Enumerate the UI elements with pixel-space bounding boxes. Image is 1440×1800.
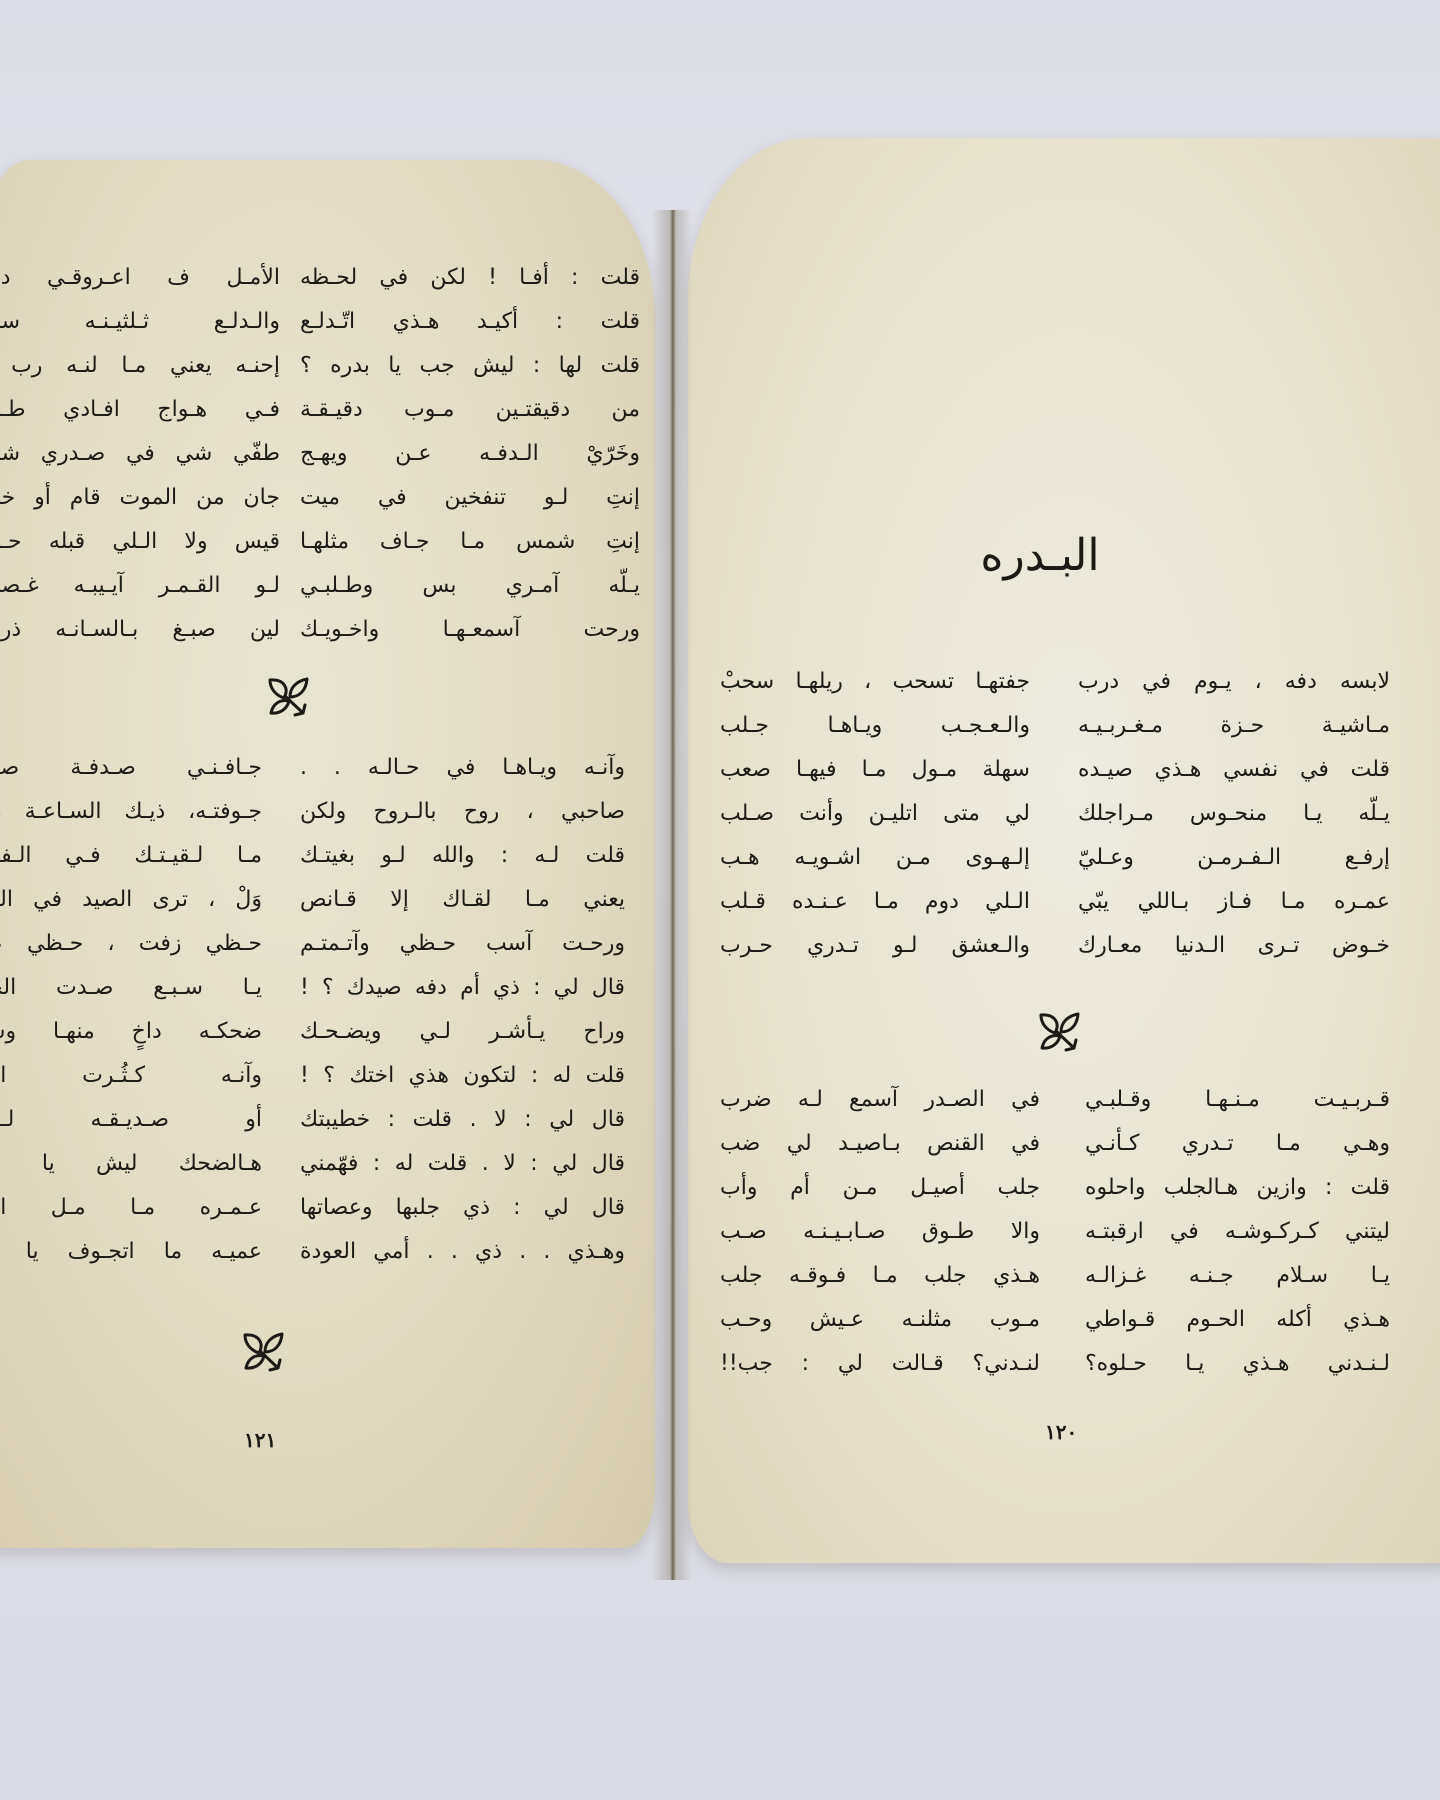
verse-line: قلت في نفسي هـذي صيـده [1078,748,1390,792]
verse-line: والـعـجـب ويـاهـا جـلب [720,704,1030,748]
left-page-stanza1-right-col: قلت : أفـا ! لكن في لحـظه قلت : أكيـد هـ… [300,256,640,652]
verse-line: يعني مـا لقـاك إلا قـانص [300,878,625,922]
verse-line: لنـدني؟ قـالت لي : جب!! [720,1342,1040,1386]
verse-line: قلت : أكيـد هـذي اتّـدلـع [300,300,640,344]
verse-line: قلت : أفـا ! لكن في لحـظه [300,256,640,300]
verse-line: إلـهـوى مـن اشـويـه هـب [720,836,1030,880]
poem-title: البـدره [940,530,1140,581]
verse-line: عميـه ما اتجـوف يا خبـ [0,1230,262,1274]
verse-line: إرفـع الـفـرمـن وعـليّ [1078,836,1390,880]
right-page-stanza1-left-col: جفتهـا تسحب ، ريلهـا سحبْ والـعـجـب ويـا… [720,660,1030,968]
verse-line: قلت لـه : والله لـو بغيتـك [300,834,625,878]
verse-line: يـلّه يـا منحـوس مـراجلك [1078,792,1390,836]
verse-line: جفتهـا تسحب ، ريلهـا سحبْ [720,660,1030,704]
verse-line: قلت لها : ليش جب يا بدره ؟ [300,344,640,388]
verse-line: وآنـه ويـاهـا في حـالـه . . [300,746,625,790]
verse-line: جان من الموت قام أو خب [0,476,280,520]
verse-line: من دقيقتـين مـوب دقيـقـة [300,388,640,432]
verse-line: قلت له : لتكون هذي اختك ؟ ! [300,1054,625,1098]
verse-line: وراح يـأشـر لـي ويضـحـك [300,1010,625,1054]
verse-line: مـاشيـة حـزة مـغـربـيـه [1078,704,1390,748]
left-page-stanza1-left-col: الأمـل ف اعـروقـي دب والـدلـع ثـلثيـنـه … [0,256,280,652]
verse-line: في الصـدر آسمع لـه ضرب [720,1078,1040,1122]
verse-line: الأمـل ف اعـروقـي دب [0,256,280,300]
verse-line: وهـي مـا تـدري كـأنـي [1085,1122,1390,1166]
verse-line: يـا سـلام جـنـه غـزالـه [1085,1254,1390,1298]
verse-line: لين صبـغ بـالسـانـه ذرب [0,608,280,652]
verse-line: قال لي : ذي جلبها وعصاتها [300,1186,625,1230]
verse-line: إحنـه يعني مـا لنـه رب : [0,344,280,388]
verse-line: ورحـت آسب حـظي وآتـمتـم [300,922,625,966]
verse-line: وَلْ ، ترى الصيد في الطر [0,878,262,922]
verse-line: عـمـره مـا مـل الـعـ [0,1186,262,1230]
verse-line: قلت : وازين هـالجلب واحلوه [1085,1166,1390,1210]
verse-line: إنتِ شمس مـا جـاف مثلهـا [300,520,640,564]
verse-line: هـالضحك ليش يا بطـ [0,1142,262,1186]
verse-line: مـا لـقيـتـك فـي الـفـريـ [0,834,262,878]
verse-line: فـي هـواج افـادي طـب [0,388,280,432]
verse-line: قيس ولا الـلي قبله حـب [0,520,280,564]
verse-line: مـوب مثلنـه عـيش وحـب [720,1298,1040,1342]
left-page-stanza2-right-col: وآنـه ويـاهـا في حـالـه . . صاحبي ، روح … [300,746,625,1274]
right-page-stanza2-left-col: في الصـدر آسمع لـه ضرب في القنص بـاصيـد … [720,1078,1040,1386]
verse-line: والا طـوق صـابـيـنـه صـب [720,1210,1040,1254]
leaf-fleuron-icon [265,675,313,719]
leaf-fleuron-icon [240,1330,288,1374]
verse-line: جـوفتـه، ذيـك السـاعـة ضيـ [0,790,262,834]
verse-line: هـذي جلب مـا فـوقـه جلب [720,1254,1040,1298]
verse-line: والـعشق لـو تـدري حـرب [720,924,1030,968]
verse-line: جلب أصيـل مـن أم وأب [720,1166,1040,1210]
left-page-stanza2-left-col: جـافـنـي صـدفـة صـديـ جـوفتـه، ذيـك السـ… [0,746,262,1274]
verse-line: يـلّه آمـري بس وطـلبـي [300,564,640,608]
verse-line: لـنـدني هـذي يـا حـلوه؟ [1085,1342,1390,1386]
verse-line: ورحت آسمعـهـا واخـويـك [300,608,640,652]
verse-line: حـظي زفت ، حـظي عتيـ [0,922,262,966]
verse-line: صاحبي ، روح بالـروح ولكن [300,790,625,834]
verse-line: لـو القـمـر آيـيبـه غـصب [0,564,280,608]
page-number-right: ١٢٠ [1045,1420,1077,1444]
verse-line: خـوض تـرى الـدنيا معـارك [1078,924,1390,968]
verse-line: قال لي : لا . قلت : خطيبتك [300,1098,625,1142]
verse-line: ليتني كـركـوشـه في ارقبتـه [1085,1210,1390,1254]
verse-line: قـربـيـت مـنـهـا وقـلبـي [1085,1078,1390,1122]
verse-line: جـافـنـي صـدفـة صـديـ [0,746,262,790]
leaf-fleuron-icon [1036,1010,1084,1054]
verse-line: وآنـه كـثُـرت الـغـ [0,1054,262,1098]
verse-line: إنتِ لـو تنفخين في ميت [300,476,640,520]
verse-line: لابسه دفه ، يـوم في درب [1078,660,1390,704]
right-page-stanza1-right-col: لابسه دفه ، يـوم في درب مـاشيـة حـزة مـغ… [1078,660,1390,968]
verse-line: لي متى اتليـن وأنت صـلب [720,792,1030,836]
verse-line: سهلة مـول مـا فيهـا صعب [720,748,1030,792]
verse-line: أو صـديـقـه لـلأهـ [0,1098,262,1142]
verse-line: طفّي شي في صـدري شب [0,432,280,476]
verse-line: في القنص بـاصيـد لي ضب [720,1122,1040,1166]
verse-line: وهـذي . . ذي . . أمي العودة [300,1230,625,1274]
verse-line: وخَرّيْ الـدفـه عـن ويهـج [300,432,640,476]
right-page-stanza2-right-col: قـربـيـت مـنـهـا وقـلبـي وهـي مـا تـدري … [1085,1078,1390,1386]
verse-line: ضحكـه داخٍ منهـا وسعـ [0,1010,262,1054]
page-number-left: ١٢١ [244,1428,276,1452]
verse-line: يـا سـبـع صـدت الجمـ [0,966,262,1010]
verse-line: قال لي : لا . قلت له : فهّمني [300,1142,625,1186]
verse-line: الـلي دوم مـا عـنـده قـلب [720,880,1030,924]
verse-line: هـذي أكله الحـوم قـواطي [1085,1298,1390,1342]
verse-line: والـدلـع ثـلثيـنـه سب [0,300,280,344]
book-spine [652,210,692,1580]
verse-line: عمـره مـا فـاز بـاللي يبّي [1078,880,1390,924]
verse-line: قال لي : ذي أم دفه صيدك ؟ ! [300,966,625,1010]
